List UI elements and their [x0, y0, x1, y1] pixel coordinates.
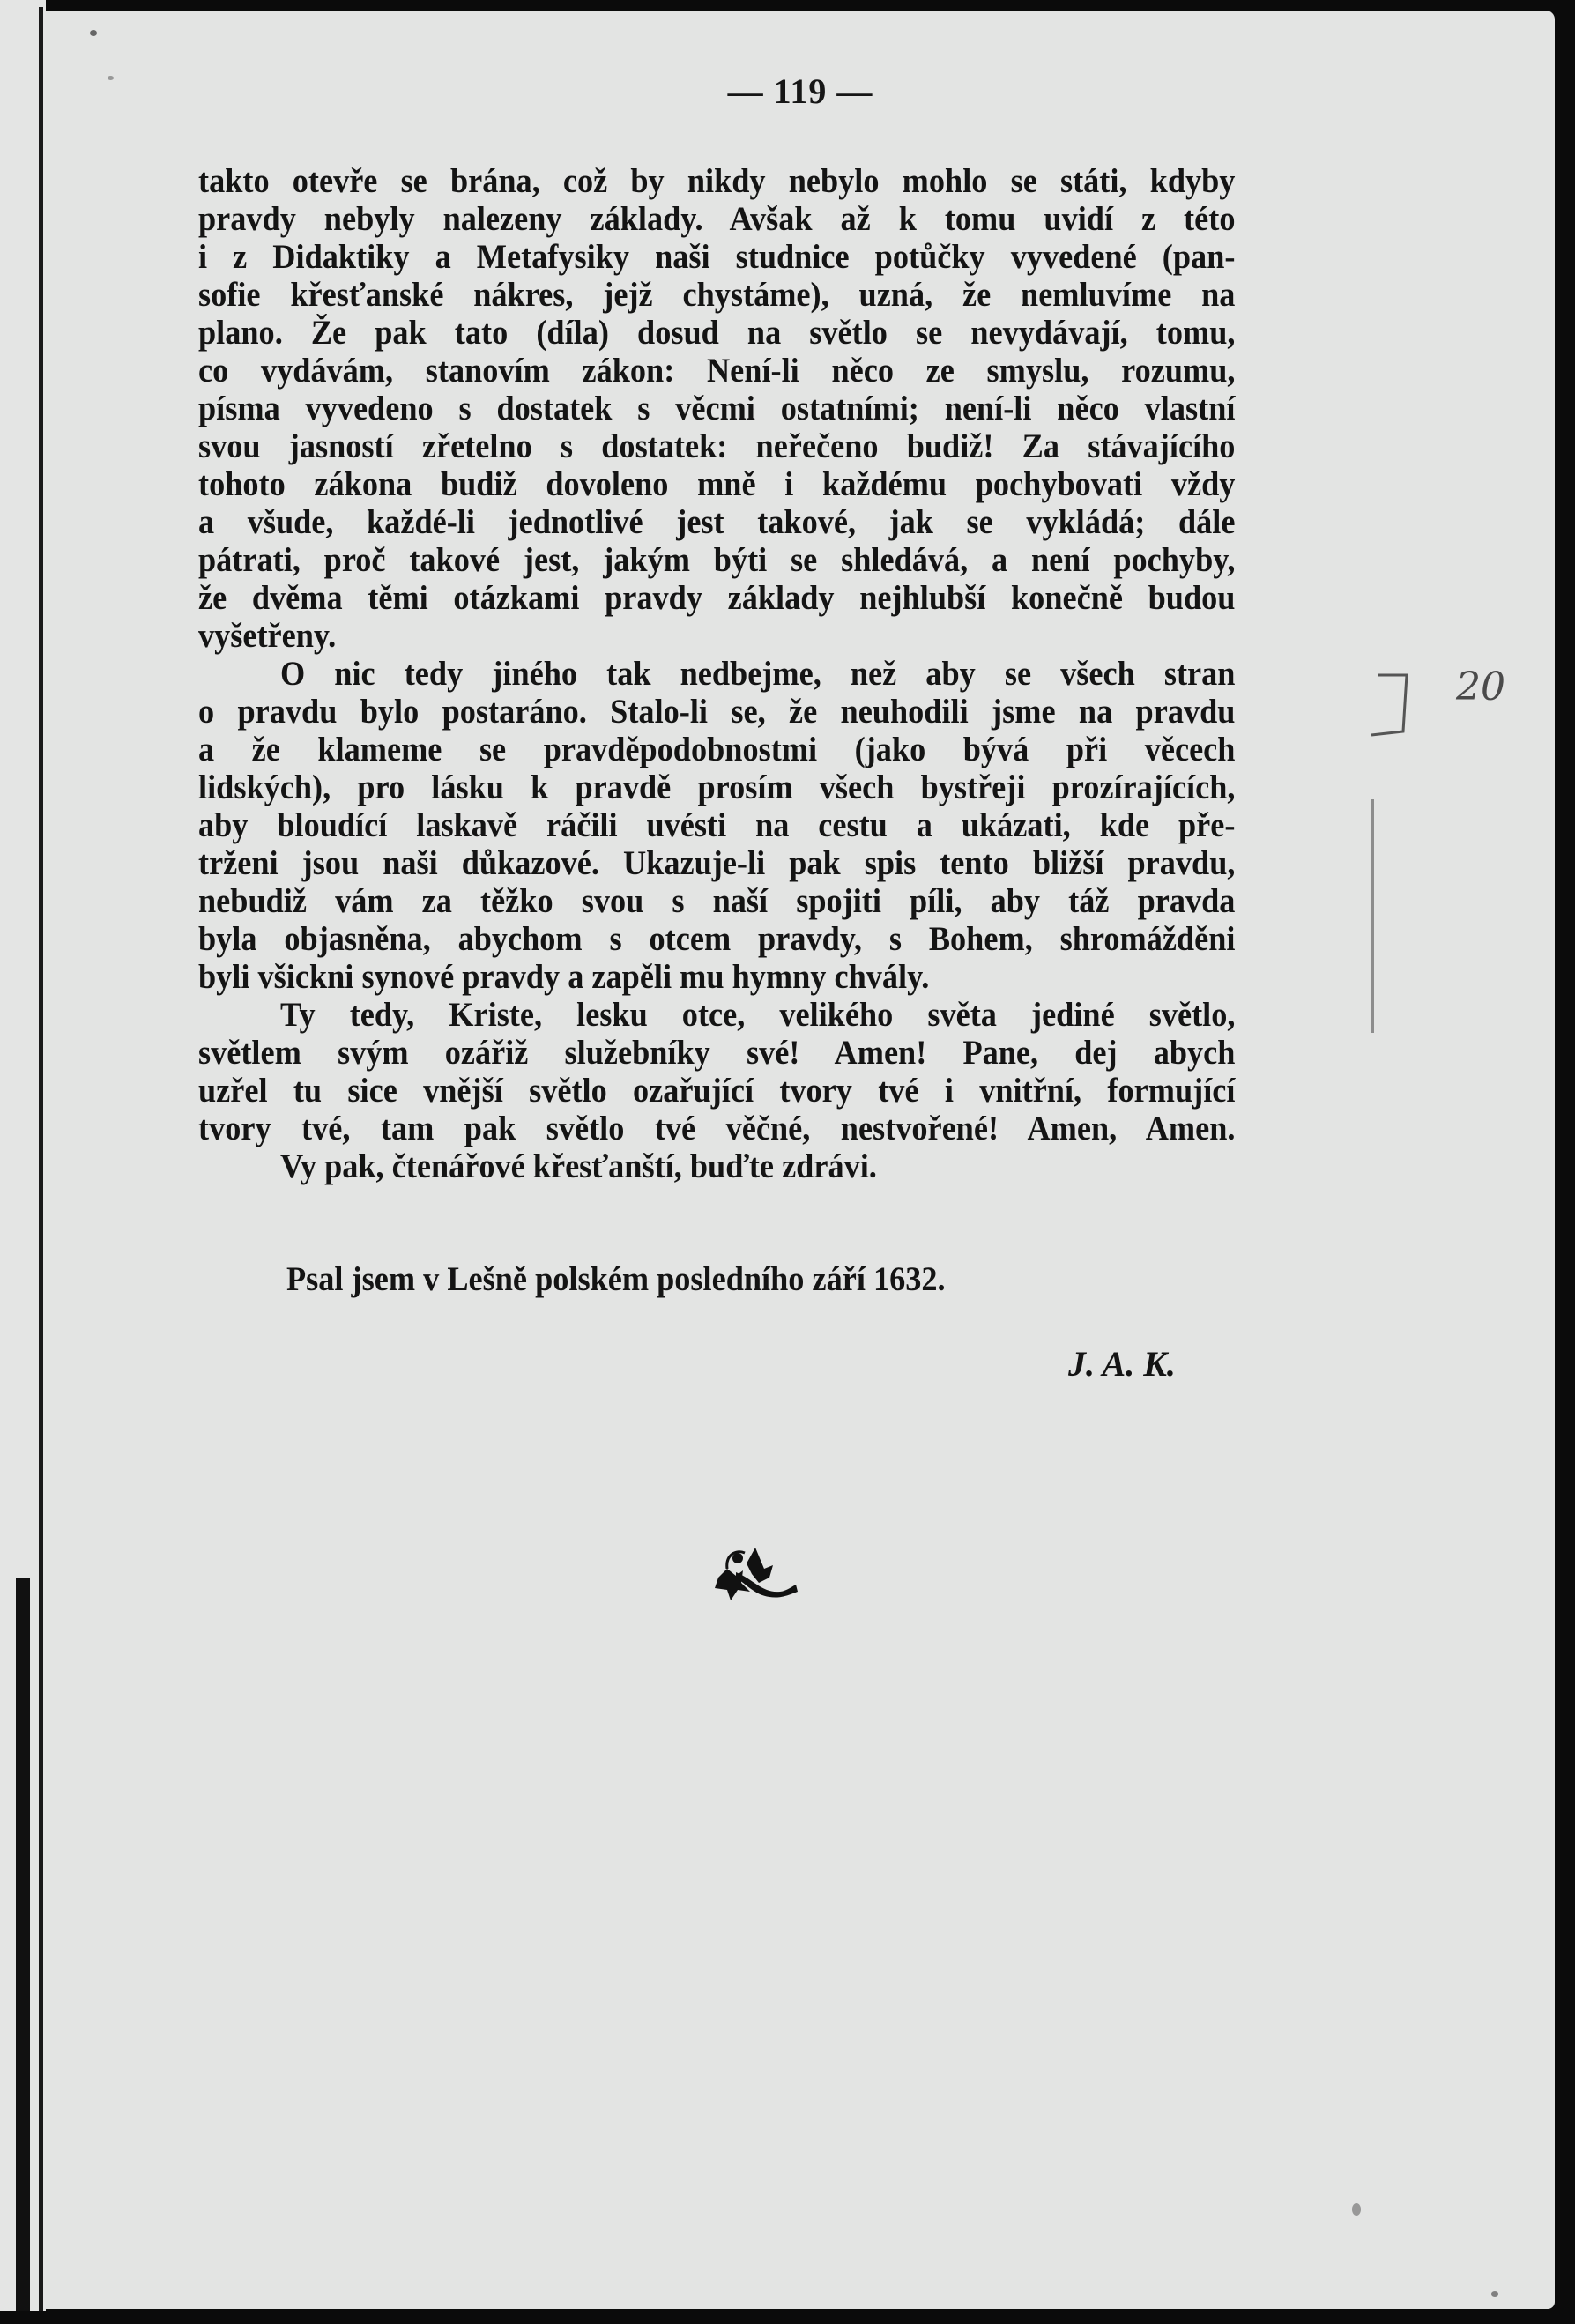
book-spine-line — [39, 7, 43, 2311]
floral-vignette-icon — [701, 1542, 806, 1606]
text-line: pátrati, proč takové jest, jakým býti se… — [198, 541, 1235, 579]
dateline: Psal jsem v Lešně polském posledního zář… — [286, 1259, 946, 1299]
author-initials: J. A. K. — [1068, 1343, 1176, 1385]
page-number: — 119 — — [46, 71, 1555, 112]
text-line: pravdy nebyly nalezeny základy. Avšak až… — [198, 200, 1235, 238]
text-line: a všude, každé-li jednotlivé jest takové… — [198, 503, 1235, 541]
paper-speck — [1352, 2203, 1361, 2216]
text-line: co vydávám, stanovím zákon: Není-li něco… — [198, 352, 1235, 390]
text-line: nebudiž vám za těžko svou s naší spojiti… — [198, 882, 1235, 920]
text-line: svou jasností zřetelno s dostatek: neřeč… — [198, 427, 1235, 465]
text-line: že dvěma těmi otázkami pravdy základy ne… — [198, 579, 1235, 617]
paragraph-start-line: Ty tedy, Kriste, lesku otce, velikého sv… — [198, 996, 1235, 1034]
paragraph-start-line: Vy pak, čtenářové křesťanští, buďte zdrá… — [198, 1147, 1235, 1185]
text-line: i z Didaktiky a Metafysiky naši studnice… — [198, 238, 1235, 276]
text-line: tohoto zákona budiž dovoleno mně i každé… — [198, 465, 1235, 503]
paper-speck — [1491, 2291, 1498, 2297]
text-line: plano. Že pak tato (díla) dosud na světl… — [198, 314, 1235, 352]
text-line: byla objasněna, abychom s otcem pravdy, … — [198, 920, 1235, 958]
text-line: písma vyvedeno s dostatek s věcmi ostatn… — [198, 390, 1235, 427]
text-line: takto otevře se brána, což by nikdy neby… — [198, 162, 1235, 200]
paragraph-start-line: O nic tedy jiného tak nedbejme, než aby … — [198, 655, 1235, 693]
pencil-margin-line — [1371, 799, 1374, 1033]
text-line: světlem svým ozářiž služebníky své! Amen… — [198, 1034, 1235, 1072]
paper-speck — [108, 76, 114, 80]
body-text: takto otevře se brána, což by nikdy neby… — [198, 162, 1235, 1185]
text-line: a že klameme se pravděpodobnostmi (jako … — [198, 731, 1235, 768]
text-line: o pravdu bylo postaráno. Stalo-li se, že… — [198, 693, 1235, 731]
text-line: uzřel tu sice vnější světlo ozařující tv… — [198, 1072, 1235, 1110]
book-page: — 119 — takto otevře se brána, což by ni… — [46, 11, 1555, 2309]
text-line: byli všickni synové pravdy a zapěli mu h… — [198, 958, 1235, 996]
text-line: tvory tvé, tam pak světlo tvé věčné, nes… — [198, 1110, 1235, 1147]
pencil-bracket-mark — [1368, 670, 1421, 740]
paper-speck — [90, 30, 97, 36]
text-line: sofie křesťanské nákres, jejž chystáme),… — [198, 276, 1235, 314]
book-spine-shadow — [16, 1578, 30, 2311]
margin-note: 20 — [1456, 665, 1505, 709]
text-line: aby bloudící laskavě ráčili uvésti na ce… — [198, 806, 1235, 844]
text-line: vyšetřeny. — [198, 617, 1235, 655]
text-line: trženi jsou naši důkazové. Ukazuje-li pa… — [198, 844, 1235, 882]
text-line: lidských), pro lásku k pravdě prosím vše… — [198, 768, 1235, 806]
